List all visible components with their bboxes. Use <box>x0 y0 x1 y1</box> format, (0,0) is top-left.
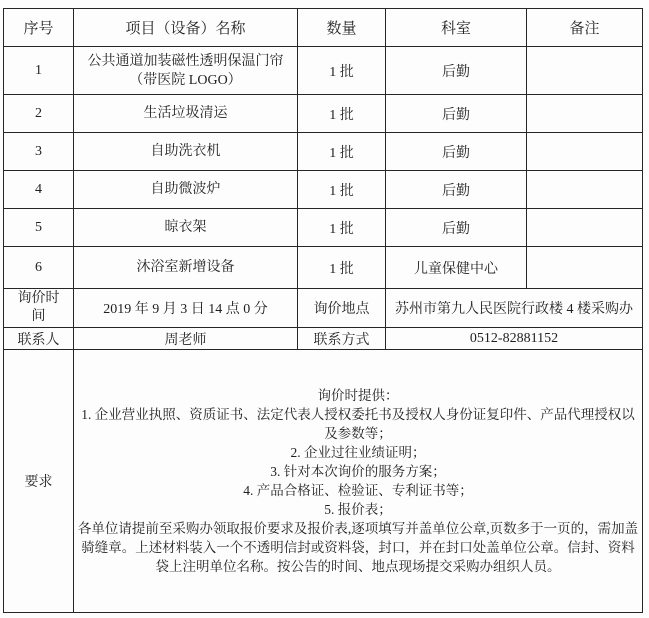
phone-label: 联系方式 <box>298 328 386 350</box>
requirement-item: 1. 企业营业执照、资质证书、法定代表人授权委托书及授权人身份证复印件、产品代理… <box>76 405 640 443</box>
item-name-cell: 自助洗衣机 <box>74 133 298 171</box>
item-qty-cell: 1 批 <box>298 171 386 209</box>
item-remark-cell <box>527 171 643 209</box>
item-dept-cell: 后勤 <box>386 209 527 247</box>
item-remark-cell <box>527 133 643 171</box>
inquiry-time-label: 询价时 间 <box>4 289 74 328</box>
inquiry-table: 序号 项目（设备）名称 数量 科室 备注 1 公共通道加装磁性透明保温门帘（带医… <box>3 8 643 613</box>
item-name-cell: 沐浴室新增设备 <box>74 247 298 289</box>
item-remark-cell <box>527 247 643 289</box>
requirements-content: 询价时提供： 1. 企业营业执照、资质证书、法定代表人授权委托书及授权人身份证复… <box>74 350 643 613</box>
item-dept-cell: 后勤 <box>386 47 527 95</box>
requirements-note: 各单位请提前至采购办领取报价要求及报价表,逐项填写并盖单位公章,页数多于一页的，… <box>76 519 640 576</box>
requirements-row: 要求 询价时提供： 1. 企业营业执照、资质证书、法定代表人授权委托书及授权人身… <box>4 350 643 613</box>
header-dept: 科室 <box>386 9 527 47</box>
item-remark-cell <box>527 209 643 247</box>
item-remark-cell <box>527 95 643 133</box>
table-row: 4 自助微波炉 1 批 后勤 <box>4 171 643 209</box>
contact-label: 联系人 <box>4 328 74 350</box>
item-qty-cell: 1 批 <box>298 133 386 171</box>
requirement-item: 3. 针对本次询价的服务方案； <box>76 462 640 481</box>
header-qty: 数量 <box>298 9 386 47</box>
item-dept-cell: 后勤 <box>386 171 527 209</box>
requirement-item: 4. 产品合格证、检验证、专利证书等； <box>76 481 640 500</box>
item-no-cell: 4 <box>4 171 74 209</box>
item-no-cell: 1 <box>4 47 74 95</box>
document-page: 序号 项目（设备）名称 数量 科室 备注 1 公共通道加装磁性透明保温门帘（带医… <box>0 0 649 618</box>
requirements-intro: 询价时提供： <box>76 386 640 405</box>
requirement-item: 2. 企业过往业绩证明； <box>76 443 640 462</box>
item-qty-cell: 1 批 <box>298 209 386 247</box>
inquiry-place-label: 询价地点 <box>298 289 386 328</box>
inquiry-place-value: 苏州市第九人民医院行政楼 4 楼采购办 <box>386 289 643 328</box>
requirement-item: 5. 报价表； <box>76 500 640 519</box>
table-row: 2 生活垃圾清运 1 批 后勤 <box>4 95 643 133</box>
table-header-row: 序号 项目（设备）名称 数量 科室 备注 <box>4 9 643 47</box>
item-dept-cell: 儿童保健中心 <box>386 247 527 289</box>
contact-row: 联系人 周老师 联系方式 0512-82881152 <box>4 328 643 350</box>
table-row: 1 公共通道加装磁性透明保温门帘（带医院 LOGO） 1 批 后勤 <box>4 47 643 95</box>
item-name-cell: 生活垃圾清运 <box>74 95 298 133</box>
item-no-cell: 6 <box>4 247 74 289</box>
contact-value: 周老师 <box>74 328 298 350</box>
header-no: 序号 <box>4 9 74 47</box>
item-qty-cell: 1 批 <box>298 47 386 95</box>
header-name: 项目（设备）名称 <box>74 9 298 47</box>
item-no-cell: 5 <box>4 209 74 247</box>
table-row: 3 自助洗衣机 1 批 后勤 <box>4 133 643 171</box>
inquiry-time-value: 2019 年 9 月 3 日 14 点 0 分 <box>74 289 298 328</box>
inquiry-time-row: 询价时 间 2019 年 9 月 3 日 14 点 0 分 询价地点 苏州市第九… <box>4 289 643 328</box>
table-row: 6 沐浴室新增设备 1 批 儿童保健中心 <box>4 247 643 289</box>
item-name-cell: 自助微波炉 <box>74 171 298 209</box>
item-remark-cell <box>527 47 643 95</box>
item-qty-cell: 1 批 <box>298 95 386 133</box>
item-dept-cell: 后勤 <box>386 133 527 171</box>
item-qty-cell: 1 批 <box>298 247 386 289</box>
requirements-label: 要求 <box>4 350 74 613</box>
item-no-cell: 3 <box>4 133 74 171</box>
item-dept-cell: 后勤 <box>386 95 527 133</box>
phone-value: 0512-82881152 <box>386 328 643 350</box>
item-name-cell: 公共通道加装磁性透明保温门帘（带医院 LOGO） <box>74 47 298 95</box>
table-row: 5 晾衣架 1 批 后勤 <box>4 209 643 247</box>
item-no-cell: 2 <box>4 95 74 133</box>
header-remark: 备注 <box>527 9 643 47</box>
item-name-cell: 晾衣架 <box>74 209 298 247</box>
